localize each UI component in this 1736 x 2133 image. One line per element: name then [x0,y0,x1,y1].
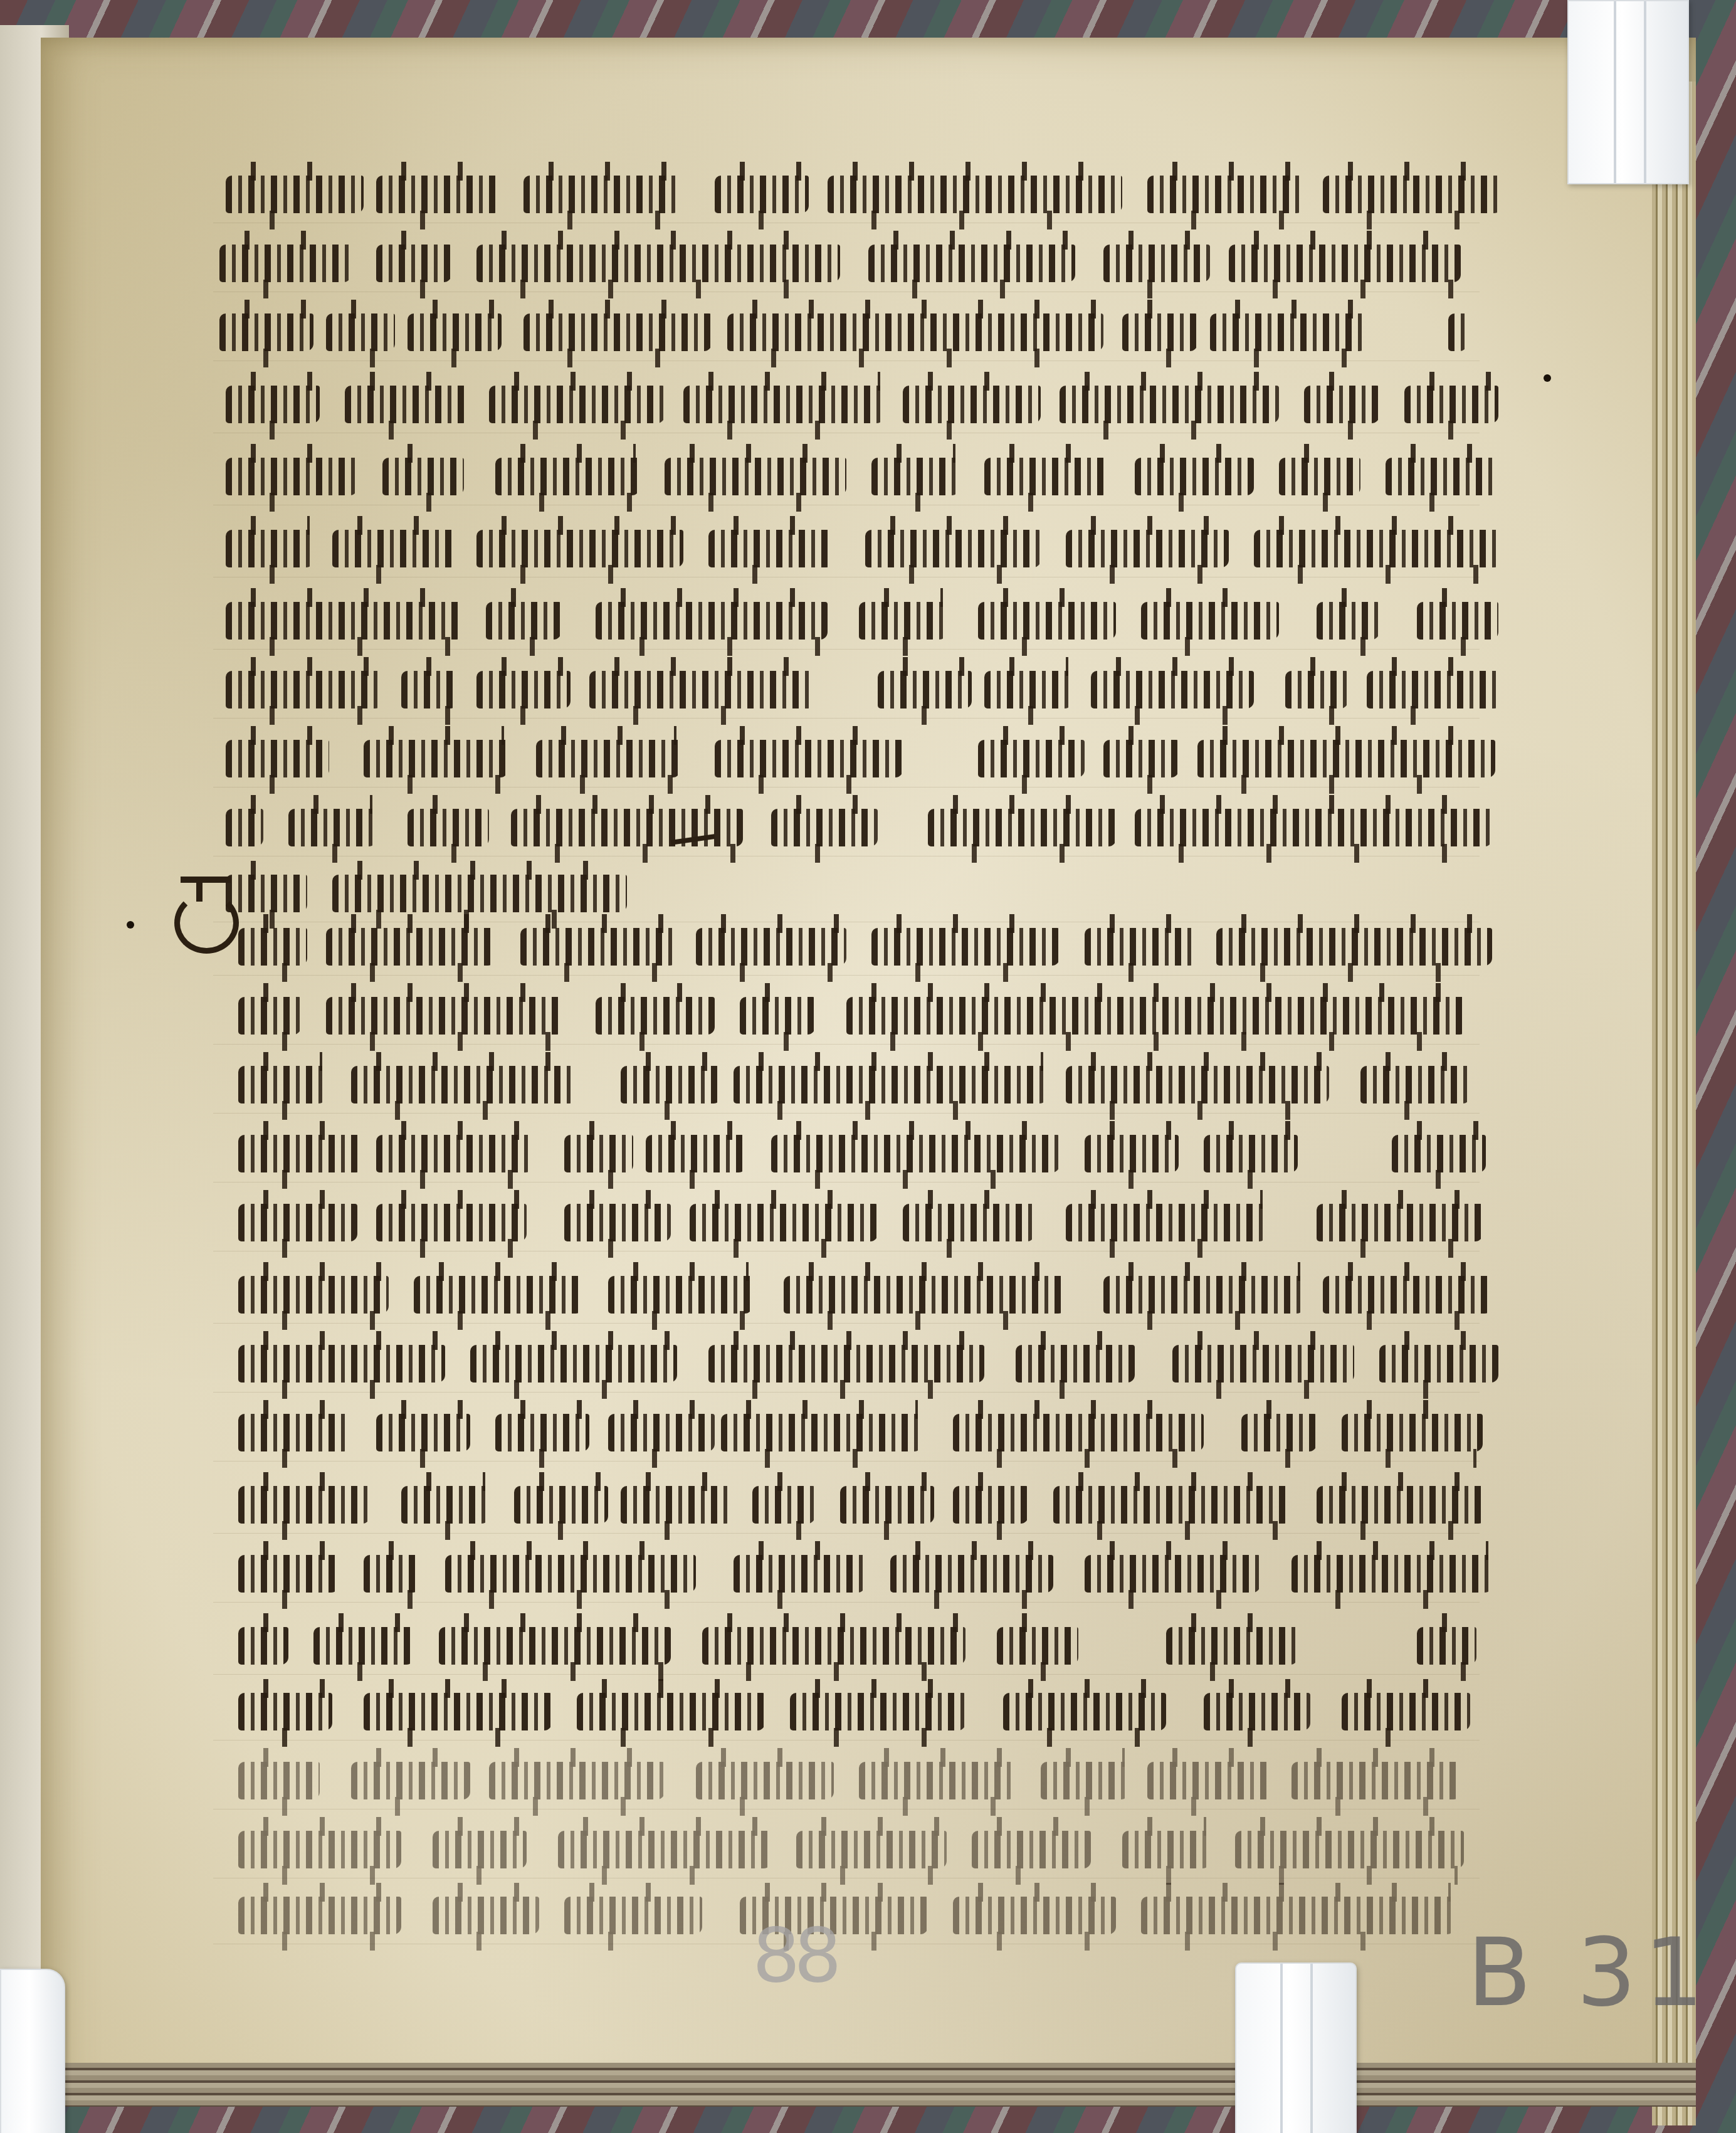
script-line-12 [0,909,1736,978]
script-word [690,1204,878,1241]
script-word [1122,313,1197,351]
script-word [238,1276,389,1314]
script-line-15 [0,1116,1736,1185]
script-word [288,809,376,846]
script-word [219,245,351,282]
script-word [476,530,683,567]
script-word [790,1693,965,1730]
script-word [1216,928,1492,966]
script-word [514,1486,608,1524]
script-word [1141,602,1279,640]
script-word [871,928,1060,966]
script-word [1317,1486,1486,1524]
pencil-number: 88 [752,1912,836,1999]
script-word [953,1486,1028,1524]
script-word [495,458,639,495]
script-word [683,386,884,423]
decorated-initial [168,864,237,952]
script-line-17 [0,1257,1736,1326]
page-clip-top-right [1567,0,1689,184]
script-word [226,671,382,708]
script-line-8 [0,652,1736,721]
script-word [376,1135,533,1172]
script-line-19 [0,1395,1736,1464]
script-line-24 [0,1743,1736,1812]
script-line-1 [0,157,1736,226]
script-word [1291,1762,1461,1799]
script-line-3 [0,295,1736,364]
script-word [1342,1414,1483,1451]
script-word [903,386,1041,423]
script-word [752,1486,815,1524]
script-word [1103,1276,1304,1314]
script-word [1241,1414,1317,1451]
script-word [1386,458,1498,495]
script-word [1404,386,1498,423]
script-word [1392,1135,1486,1172]
script-line-14 [0,1047,1736,1116]
script-word [865,530,1041,567]
script-word [702,1627,965,1665]
script-word [972,1831,1091,1868]
script-word [1323,176,1502,213]
script-word [665,458,846,495]
script-word [1204,1135,1298,1172]
script-word [364,1693,552,1730]
script-word [1210,313,1367,351]
script-word [326,313,395,351]
script-word [238,1627,288,1665]
script-word [408,313,502,351]
script-word [238,1897,401,1934]
script-word [1304,386,1379,423]
script-word [1204,1693,1310,1730]
script-word [520,928,677,966]
script-word [621,1486,734,1524]
script-word [238,1414,351,1451]
script-word [1060,386,1279,423]
page-clip-bottom-center [1235,1962,1357,2133]
script-line-21 [0,1536,1736,1605]
script-word [238,1555,339,1593]
script-word [715,740,903,777]
script-word [796,1831,947,1868]
script-word [1285,671,1348,708]
script-line-23 [0,1674,1736,1743]
script-word [226,458,357,495]
script-word [1317,1204,1483,1241]
script-word [1066,530,1229,567]
script-word [523,176,680,213]
script-word [511,809,743,846]
script-word [708,530,834,567]
script-word [1066,1066,1329,1103]
script-word [1003,1693,1166,1730]
script-word [433,1831,527,1868]
script-word [596,997,715,1035]
script-word [1041,1762,1128,1799]
script-word [439,1627,671,1665]
script-word [721,1414,922,1451]
script-line-16 [0,1185,1736,1254]
script-word [433,1897,539,1934]
script-word [1197,740,1495,777]
script-word [621,1066,721,1103]
folio-number: B 31 [1467,1919,1711,2028]
script-word [577,1693,765,1730]
script-word [997,1627,1078,1665]
script-word [1235,1831,1464,1868]
script-word [1360,1066,1470,1103]
script-word [1229,245,1461,282]
script-word [784,1276,1066,1314]
script-word [476,245,840,282]
script-word [1085,1555,1260,1593]
script-word [470,1345,677,1382]
script-word [238,1486,370,1524]
script-word [326,928,495,966]
script-word [978,740,1085,777]
script-word [558,1831,771,1868]
script-word [1417,1627,1476,1665]
script-word [486,602,561,640]
script-word [1323,1276,1492,1314]
script-word [1448,313,1467,351]
script-word [238,1066,326,1103]
script-word [1342,1693,1470,1730]
script-word [238,1693,332,1730]
script-word [928,809,1116,846]
script-word [523,313,712,351]
script-word [1085,928,1197,966]
script-line-9 [0,721,1736,790]
script-word [859,1762,1016,1799]
script-word [771,1135,1060,1172]
script-word [953,1897,1116,1934]
script-word [351,1762,470,1799]
script-word [351,1066,577,1103]
script-word [414,1276,583,1314]
script-word [708,1345,984,1382]
script-word [1379,1345,1498,1382]
script-word [238,1831,401,1868]
script-word [238,1204,357,1241]
script-word [1254,530,1502,567]
script-word [859,602,947,640]
script-word [740,997,815,1035]
script-word [226,602,464,640]
script-word [476,671,571,708]
script-word [1103,245,1210,282]
script-line-10 [0,790,1736,859]
script-word [1141,1897,1455,1934]
script-word [978,602,1116,640]
script-word [364,740,508,777]
script-line-20 [0,1467,1736,1536]
script-word [226,386,320,423]
script-word [1166,1627,1298,1665]
script-word [332,875,627,912]
script-word [1066,1204,1266,1241]
script-line-13 [0,978,1736,1047]
script-word [696,1762,834,1799]
script-word [238,928,307,966]
script-word [1085,1135,1179,1172]
script-word [1147,176,1304,213]
script-word [984,458,1110,495]
script-word [226,740,329,777]
script-word [868,245,1075,282]
script-word [226,875,307,912]
script-word [219,313,313,351]
text-block [0,0,1736,2133]
script-word [953,1414,1204,1451]
script-word [401,1486,489,1524]
script-line-5 [0,439,1736,508]
script-word [536,740,680,777]
script-word [564,1897,702,1934]
page-clip-bottom-left [0,1969,65,2133]
script-word [1147,1762,1273,1799]
script-word [238,997,301,1035]
script-word [489,1762,665,1799]
script-word [238,1762,320,1799]
script-word [313,1627,414,1665]
script-word [1103,740,1179,777]
script-word [608,1414,715,1451]
script-word [1367,671,1502,708]
ink-dot-left-margin [127,921,134,929]
script-line-18 [0,1326,1736,1395]
script-word [608,1276,752,1314]
script-word [727,313,1103,351]
script-word [401,671,458,708]
script-word [846,997,1467,1035]
script-word [332,530,458,567]
script-word [1135,458,1254,495]
script-word [445,1555,696,1593]
script-word [408,809,489,846]
script-word [1279,458,1360,495]
script-line-25 [0,1812,1736,1881]
script-word [771,809,878,846]
script-word [828,176,1122,213]
script-word [376,245,451,282]
script-word [1172,1345,1354,1382]
script-word [646,1135,746,1172]
script-word [1291,1555,1492,1593]
script-word [382,458,464,495]
script-word [376,176,502,213]
script-word [715,176,809,213]
script-word [984,671,1072,708]
script-word [495,1414,589,1451]
script-word [840,1486,934,1524]
ink-dot-right-margin [1544,374,1551,382]
script-word [238,1345,445,1382]
script-word [890,1555,1053,1593]
script-word [226,809,263,846]
script-word [489,386,665,423]
script-line-22 [0,1608,1736,1677]
script-word [564,1135,633,1172]
script-word [226,176,364,213]
script-word [364,1555,420,1593]
script-word [564,1204,671,1241]
script-word [1417,602,1498,640]
script-line-2 [0,226,1736,295]
script-word [1016,1345,1135,1382]
script-line-7 [0,583,1736,652]
script-word [1091,671,1254,708]
script-word [734,1555,865,1593]
script-line-4 [0,367,1736,436]
script-word [1135,809,1492,846]
script-word [376,1204,527,1241]
script-word [376,1414,470,1451]
script-word [1053,1486,1291,1524]
script-word [596,602,828,640]
script-word [734,1066,1047,1103]
script-word [871,458,959,495]
script-word [878,671,972,708]
script-word [238,1135,364,1172]
script-word [1122,1831,1210,1868]
script-word [696,928,846,966]
script-word [589,671,815,708]
script-word [345,386,470,423]
script-word [1317,602,1379,640]
script-line-6 [0,511,1736,580]
script-word [226,530,313,567]
script-word [326,997,564,1035]
script-word [903,1204,1034,1241]
